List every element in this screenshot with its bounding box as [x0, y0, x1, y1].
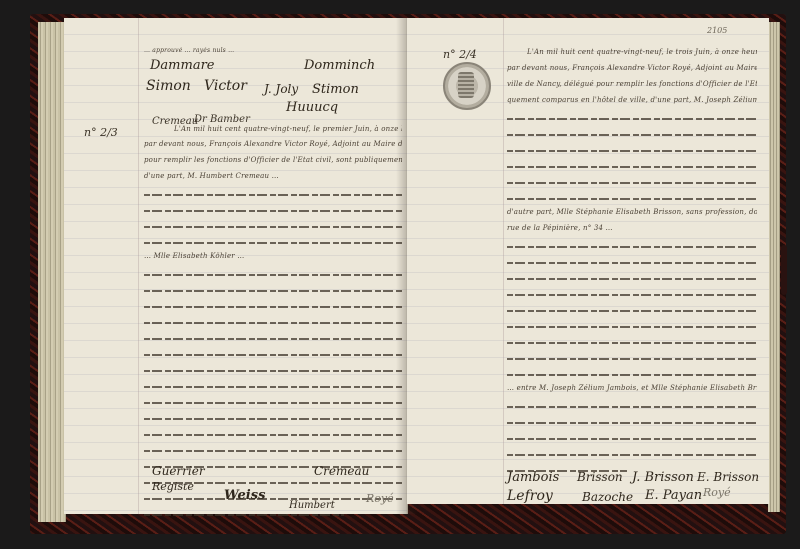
illegible-text-line: [507, 358, 757, 360]
illegible-text-line: [507, 422, 757, 424]
top-approval-note: … approuvé … rayés nuls …: [144, 47, 394, 56]
margin-rule: [138, 18, 139, 514]
illegible-text-line: [144, 210, 402, 212]
entry-text-line: … Mlle Elisabeth Köhler …: [144, 252, 402, 261]
entry-text-line: par devant nous, François Alexandre Vict…: [144, 140, 402, 149]
illegible-text-line: [507, 278, 757, 280]
signature: Registe: [152, 480, 194, 493]
illegible-text-line: [507, 438, 757, 440]
illegible-text-line: [507, 310, 757, 312]
signature: E. Payan: [645, 488, 702, 503]
illegible-text-line: [507, 454, 757, 456]
entry-text-line: d'autre part, Mlle Stéphanie Elisabeth B…: [507, 208, 757, 217]
signature: Royé: [366, 492, 394, 505]
entry-number: n° 2/3: [84, 126, 118, 139]
illegible-text-line: [144, 226, 402, 228]
illegible-text-line: [144, 354, 402, 356]
illegible-text-line: [507, 182, 757, 184]
signature: Huuucq: [286, 100, 338, 115]
illegible-text-line: [144, 434, 402, 436]
illegible-text-line: [144, 306, 402, 308]
illegible-text-line: [507, 262, 757, 264]
illegible-text-line: [144, 450, 402, 452]
illegible-text-line: [507, 118, 757, 120]
entry-opening: L'An mil huit cent quatre-vingt-neuf, le…: [174, 125, 402, 134]
signature: Domminch: [304, 58, 375, 73]
margin-rule: [503, 18, 504, 504]
illegible-text-line: [144, 338, 402, 340]
illegible-text-line: [144, 418, 402, 420]
signature: J. Joly: [264, 82, 298, 96]
illegible-text-line: [507, 150, 757, 152]
illegible-text-line: [144, 370, 402, 372]
entry-text-line: par devant nous, François Alexandre Vict…: [507, 64, 757, 73]
signature: Lefroy: [507, 488, 553, 504]
page-edges-left: [38, 22, 66, 522]
illegible-text-line: [144, 290, 402, 292]
signature: Jambois: [507, 470, 559, 485]
left-page: … approuvé … rayés nuls … Dammare Dommin…: [64, 18, 408, 514]
page-mark: 2105: [707, 26, 727, 35]
entry-text-line: … entre M. Joseph Zélium Jambois, et Mll…: [507, 384, 757, 393]
illegible-text-line: [144, 514, 344, 516]
entry-text-line: pour remplir les fonctions d'Officier de…: [144, 156, 402, 165]
signature: Bazoche: [582, 490, 633, 504]
illegible-text-line: [507, 134, 757, 136]
entry-number: n° 2/4: [443, 48, 477, 61]
illegible-text-line: [144, 402, 402, 404]
illegible-text-line: [507, 294, 757, 296]
illegible-text-line: [507, 166, 757, 168]
signature: Cremeau: [314, 464, 369, 478]
illegible-text-line: [144, 498, 402, 500]
book-clasp: [781, 245, 787, 295]
signature: Dammare: [150, 58, 215, 73]
signature: Royé: [703, 486, 731, 499]
page-edges-right: [768, 22, 780, 512]
entry-heading-name: Dr Bamber: [194, 114, 250, 125]
illegible-text-line: [144, 194, 402, 196]
illegible-text-line: [507, 374, 757, 376]
signature: Victor: [204, 78, 247, 94]
signature: Humbert: [289, 500, 335, 511]
signature: Brisson: [577, 470, 623, 484]
illegible-text-line: [507, 198, 757, 200]
entry-text-line: quement comparus en l'hôtel de ville, d'…: [507, 96, 757, 105]
illegible-text-line: [507, 406, 757, 408]
entry-text-line: d'une part, M. Humbert Cremeau …: [144, 172, 402, 181]
signature: Stimon: [312, 82, 359, 97]
signature: E. Brisson: [697, 470, 759, 484]
entry-text-line: ville de Nancy, délégué pour remplir les…: [507, 80, 757, 89]
seal-stamp-icon: [443, 62, 491, 110]
illegible-text-line: [144, 274, 402, 276]
illegible-text-line: [144, 386, 402, 388]
illegible-text-line: [144, 322, 402, 324]
signature: Guerrier: [152, 464, 205, 478]
entry-text-line: rue de la Pépinière, n° 34 …: [507, 224, 757, 233]
illegible-text-line: [144, 242, 402, 244]
signature: Simon: [146, 78, 191, 94]
illegible-text-line: [507, 326, 757, 328]
signature: Weiss: [224, 488, 265, 503]
illegible-text-line: [507, 342, 757, 344]
entry-opening: L'An mil huit cent quatre-vingt-neuf, le…: [527, 48, 757, 57]
illegible-text-line: [507, 246, 757, 248]
signature: J. Brisson: [632, 470, 694, 485]
